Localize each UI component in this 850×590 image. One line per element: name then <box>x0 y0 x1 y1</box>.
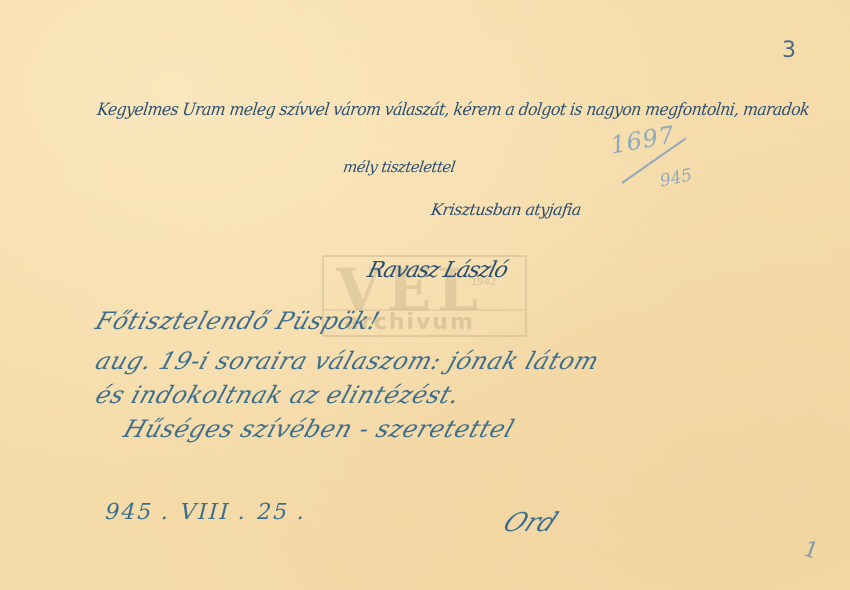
archive-reference-number: 1697 <box>610 120 675 160</box>
letter-closing: Krisztusban atyjafia <box>430 200 582 219</box>
reply-initials: Ord <box>498 508 562 538</box>
letter-regards: mély tisztelettel <box>342 158 456 176</box>
corner-mark: 1 <box>800 537 822 565</box>
archive-reference-sub: 945 <box>660 165 692 192</box>
page-number: 3 <box>782 38 796 63</box>
letter-opening-line: Kegyelmes Uram meleg szívvel várom válas… <box>96 100 810 120</box>
reply-date: 945 . VIII . 25 . <box>102 500 310 525</box>
document-page: 3 Kegyelmes Uram meleg szívvel várom vál… <box>0 0 850 590</box>
reply-line-3: és indokoltnak az elintézést. <box>92 381 464 409</box>
reply-line-4: Hűséges szívében - szeretettel <box>120 415 518 443</box>
reply-line-1: Főtisztelendő Püspök! <box>92 307 384 335</box>
reply-line-2: aug. 19-i soraira válaszom: jónak látom <box>92 347 603 375</box>
letter-signature: Ravasz László <box>365 258 510 283</box>
